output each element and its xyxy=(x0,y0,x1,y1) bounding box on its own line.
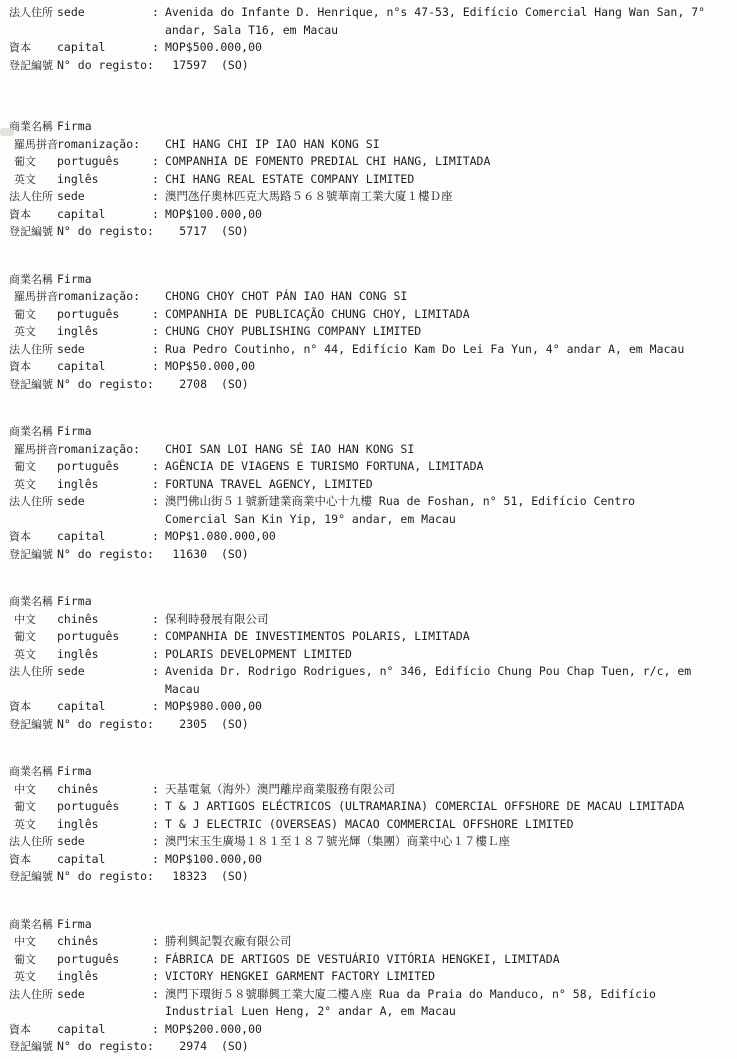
entry-row-romanizacao: 羅馬拼音romanização:CHOI SAN LOI HANG SÉ IAO… xyxy=(0,441,737,459)
label-pt-portugues: português xyxy=(57,153,152,171)
field-value-romanizacao: CHONG CHOY CHOT PÁN IAO HAN CONG SI xyxy=(165,288,725,306)
label-pt-chines: chinês xyxy=(57,933,152,951)
label-zh-chines: 中文 xyxy=(0,611,57,629)
field-value-line: Comercial San Kin Yip, 19° andar, em Mac… xyxy=(165,511,725,529)
field-value-line: 澳門佛山街５１號新建業商業中心十九樓 Rua de Foshan, n° 51,… xyxy=(165,493,725,511)
label-zh-ingles: 英文 xyxy=(0,171,57,189)
entry-row-registo: 登記編號N° do registo:11630(SO) xyxy=(0,546,737,564)
field-value-line: VICTORY HENGKEI GARMENT FACTORY LIMITED xyxy=(165,968,725,986)
field-value-line: CHONG CHOY CHOT PÁN IAO HAN CONG SI xyxy=(165,288,725,306)
label-pt-romanizacao: romanização: xyxy=(57,288,165,306)
entry-row-sede: 法人住所sede:Avenida do Infante D. Henrique,… xyxy=(0,4,737,39)
label-zh-capital: 資本 xyxy=(0,39,57,57)
registry-entry: 商業名稱Firma中文chinês:天基電氣（海外）澳門離岸商業服務有限公司葡文… xyxy=(0,763,737,886)
field-separator: : xyxy=(152,781,165,799)
label-zh-ingles: 英文 xyxy=(0,968,57,986)
registry-suffix: (SO) xyxy=(221,223,249,241)
entry-row-ingles: 英文inglês:CHI HANG REAL ESTATE COMPANY LI… xyxy=(0,171,737,189)
entry-row-chines: 中文chinês:保利時發展有限公司 xyxy=(0,611,737,629)
entry-row-capital: 資本capital:MOP$200.000,00 xyxy=(0,1021,737,1039)
registry-number: 2708 xyxy=(165,376,207,394)
label-pt-firma: Firma xyxy=(57,593,152,611)
field-value-sede: Rua Pedro Coutinho, n° 44, Edifício Kam … xyxy=(165,341,725,359)
label-zh-capital: 資本 xyxy=(0,851,57,869)
label-pt-registo: N° do registo: xyxy=(57,546,165,564)
label-pt-portugues: português xyxy=(57,306,152,324)
entry-row-portugues: 葡文português:FÁBRICA DE ARTIGOS DE VESTUÁ… xyxy=(0,951,737,969)
registry-entry: 商業名稱Firma中文chinês:保利時發展有限公司葡文português:C… xyxy=(0,593,737,733)
label-pt-capital: capital xyxy=(57,1021,152,1039)
entry-row-registo: 登記編號N° do registo:2305(SO) xyxy=(0,716,737,734)
label-pt-registo: N° do registo: xyxy=(57,868,165,886)
field-value-romanizacao: CHOI SAN LOI HANG SÉ IAO HAN KONG SI xyxy=(165,441,725,459)
field-separator: : xyxy=(152,341,165,359)
label-zh-ingles: 英文 xyxy=(0,816,57,834)
label-pt-firma: Firma xyxy=(57,423,152,441)
field-separator: : xyxy=(152,611,165,629)
entry-row-portugues: 葡文português:COMPANHIA DE INVESTIMENTOS P… xyxy=(0,628,737,646)
label-pt-sede: sede xyxy=(57,341,152,359)
field-value-capital: MOP$1.080.000,00 xyxy=(165,528,725,546)
field-value-sede: 澳門宋玉生廣場１８１至１８７號光輝（集團）商業中心１７樓Ｌ座 xyxy=(165,833,725,851)
registry-number: 2974 xyxy=(165,1038,207,1056)
registry-entry: 商業名稱Firma羅馬拼音romanização:CHI HANG CHI IP… xyxy=(0,118,737,241)
scan-artifact xyxy=(0,128,14,136)
registry-entry: 商業名稱Firma羅馬拼音romanização:CHOI SAN LOI HA… xyxy=(0,423,737,563)
label-pt-sede: sede xyxy=(57,833,152,851)
entry-row-firma: 商業名稱Firma xyxy=(0,593,737,611)
registry-number: 17597 xyxy=(165,57,207,75)
label-pt-ingles: inglês xyxy=(57,476,152,494)
field-value-line: POLARIS DEVELOPMENT LIMITED xyxy=(165,646,725,664)
field-value-line: COMPANHIA DE PUBLICAÇÃO CHUNG CHOY, LIMI… xyxy=(165,306,725,324)
registry-number: 11630 xyxy=(165,546,207,564)
field-value-line: 澳門宋玉生廣場１８１至１８７號光輝（集團）商業中心１７樓Ｌ座 xyxy=(165,833,725,851)
field-value-chines: 保利時發展有限公司 xyxy=(165,611,725,629)
field-value-portugues: COMPANHIA DE INVESTIMENTOS POLARIS, LIMI… xyxy=(165,628,725,646)
field-value-ingles: T & J ELECTRIC (OVERSEAS) MACAO COMMERCI… xyxy=(165,816,725,834)
field-value-line: MOP$100.000,00 xyxy=(165,851,725,869)
field-value-sede: Avenida Dr. Rodrigo Rodrigues, n° 346, E… xyxy=(165,663,725,698)
label-pt-chines: chinês xyxy=(57,611,152,629)
entry-row-capital: 資本capital:MOP$1.080.000,00 xyxy=(0,528,737,546)
entry-row-ingles: 英文inglês:T & J ELECTRIC (OVERSEAS) MACAO… xyxy=(0,816,737,834)
entry-row-portugues: 葡文português:T & J ARTIGOS ELÉCTRICOS (UL… xyxy=(0,798,737,816)
field-value-line: Macau xyxy=(165,681,725,699)
field-separator: : xyxy=(152,933,165,951)
entry-row-firma: 商業名稱Firma xyxy=(0,763,737,781)
label-zh-portugues: 葡文 xyxy=(0,306,57,324)
label-pt-firma: Firma xyxy=(57,118,152,136)
field-value-line: 勝利興記製衣廠有限公司 xyxy=(165,933,725,951)
field-separator: : xyxy=(152,306,165,324)
gazette-scan-page: 法人住所sede:Avenida do Infante D. Henrique,… xyxy=(0,0,737,1059)
field-value-line: CHOI SAN LOI HANG SÉ IAO HAN KONG SI xyxy=(165,441,725,459)
field-value-sede: Avenida do Infante D. Henrique, n°s 47-5… xyxy=(165,4,725,39)
entry-row-registo: 登記編號N° do registo:2974(SO) xyxy=(0,1038,737,1056)
registry-suffix: (SO) xyxy=(221,376,249,394)
label-zh-sede: 法人住所 xyxy=(0,663,57,681)
label-zh-romanizacao: 羅馬拼音 xyxy=(0,441,57,459)
entry-row-sede: 法人住所sede:澳門下環街５８號聯興工業大廈二樓Ａ座 Rua da Praia… xyxy=(0,986,737,1021)
field-value-capital: MOP$500.000,00 xyxy=(165,39,725,57)
label-zh-portugues: 葡文 xyxy=(0,798,57,816)
field-separator: : xyxy=(152,171,165,189)
registry-entry: 商業名稱Firma中文chinês:勝利興記製衣廠有限公司葡文português… xyxy=(0,916,737,1056)
field-value-sede: 澳門下環街５８號聯興工業大廈二樓Ａ座 Rua da Praia do Mandu… xyxy=(165,986,725,1021)
field-separator: : xyxy=(152,851,165,869)
entry-row-ingles: 英文inglês:FORTUNA TRAVEL AGENCY, LIMITED xyxy=(0,476,737,494)
field-separator: : xyxy=(152,188,165,206)
label-pt-ingles: inglês xyxy=(57,968,152,986)
field-separator: : xyxy=(152,1021,165,1039)
entry-row-capital: 資本capital:MOP$980.000,00 xyxy=(0,698,737,716)
label-zh-registo: 登記編號 xyxy=(0,223,57,241)
label-pt-capital: capital xyxy=(57,698,152,716)
field-separator: : xyxy=(152,358,165,376)
label-zh-romanizacao: 羅馬拼音 xyxy=(0,288,57,306)
field-value-line: 澳門下環街５８號聯興工業大廈二樓Ａ座 Rua da Praia do Mandu… xyxy=(165,986,725,1004)
field-value-portugues: AGÊNCIA DE VIAGENS E TURISMO FORTUNA, LI… xyxy=(165,458,725,476)
field-separator: : xyxy=(152,833,165,851)
entry-row-firma: 商業名稱Firma xyxy=(0,271,737,289)
field-value-line: FÁBRICA DE ARTIGOS DE VESTUÁRIO VITÓRIA … xyxy=(165,951,725,969)
field-value-ingles: CHI HANG REAL ESTATE COMPANY LIMITED xyxy=(165,171,725,189)
label-pt-romanizacao: romanização: xyxy=(57,136,165,154)
label-pt-capital: capital xyxy=(57,528,152,546)
field-value-portugues: FÁBRICA DE ARTIGOS DE VESTUÁRIO VITÓRIA … xyxy=(165,951,725,969)
field-value-line: CHUNG CHOY PUBLISHING COMPANY LIMITED xyxy=(165,323,725,341)
field-value-chines: 天基電氣（海外）澳門離岸商業服務有限公司 xyxy=(165,781,725,799)
label-pt-ingles: inglês xyxy=(57,646,152,664)
label-pt-firma: Firma xyxy=(57,271,152,289)
label-zh-firma: 商業名稱 xyxy=(0,271,57,289)
field-value-capital: MOP$200.000,00 xyxy=(165,1021,725,1039)
field-separator: : xyxy=(152,646,165,664)
label-zh-sede: 法人住所 xyxy=(0,833,57,851)
label-zh-ingles: 英文 xyxy=(0,646,57,664)
entry-row-sede: 法人住所sede:Rua Pedro Coutinho, n° 44, Edif… xyxy=(0,341,737,359)
field-separator: : xyxy=(152,153,165,171)
label-zh-sede: 法人住所 xyxy=(0,493,57,511)
field-value-line: CHI HANG CHI IP IAO HAN KONG SI xyxy=(165,136,725,154)
field-separator: : xyxy=(152,39,165,57)
entry-row-firma: 商業名稱Firma xyxy=(0,916,737,934)
field-separator: : xyxy=(152,951,165,969)
label-pt-sede: sede xyxy=(57,986,152,1004)
field-value-chines: 勝利興記製衣廠有限公司 xyxy=(165,933,725,951)
field-value-line: MOP$1.080.000,00 xyxy=(165,528,725,546)
field-value-portugues: COMPANHIA DE PUBLICAÇÃO CHUNG CHOY, LIMI… xyxy=(165,306,725,324)
entry-row-registo: 登記編號N° do registo:17597(SO) xyxy=(0,57,737,75)
label-pt-sede: sede xyxy=(57,4,152,22)
field-value-capital: MOP$50.000,00 xyxy=(165,358,725,376)
field-separator: : xyxy=(152,458,165,476)
registry-suffix: (SO) xyxy=(221,868,249,886)
label-zh-ingles: 英文 xyxy=(0,476,57,494)
entry-row-sede: 法人住所sede:Avenida Dr. Rodrigo Rodrigues, … xyxy=(0,663,737,698)
field-separator: : xyxy=(152,628,165,646)
field-separator: : xyxy=(152,968,165,986)
label-pt-registo: N° do registo: xyxy=(57,716,165,734)
field-value-line: CHI HANG REAL ESTATE COMPANY LIMITED xyxy=(165,171,725,189)
field-value-line: Rua Pedro Coutinho, n° 44, Edifício Kam … xyxy=(165,341,725,359)
label-pt-firma: Firma xyxy=(57,763,152,781)
entry-row-portugues: 葡文português:AGÊNCIA DE VIAGENS E TURISMO… xyxy=(0,458,737,476)
entry-row-sede: 法人住所sede:澳門氹仔奧林匹克大馬路５６８號華南工業大廈１樓Ｄ座 xyxy=(0,188,737,206)
label-zh-capital: 資本 xyxy=(0,1021,57,1039)
field-value-ingles: POLARIS DEVELOPMENT LIMITED xyxy=(165,646,725,664)
registry-suffix: (SO) xyxy=(221,57,249,75)
label-pt-registo: N° do registo: xyxy=(57,376,165,394)
field-value-capital: MOP$980.000,00 xyxy=(165,698,725,716)
field-value-line: 澳門氹仔奧林匹克大馬路５６８號華南工業大廈１樓Ｄ座 xyxy=(165,188,725,206)
label-pt-registo: N° do registo: xyxy=(57,223,165,241)
label-pt-capital: capital xyxy=(57,206,152,224)
field-value-line: AGÊNCIA DE VIAGENS E TURISMO FORTUNA, LI… xyxy=(165,458,725,476)
entry-row-ingles: 英文inglês:POLARIS DEVELOPMENT LIMITED xyxy=(0,646,737,664)
label-pt-sede: sede xyxy=(57,188,152,206)
label-zh-registo: 登記編號 xyxy=(0,546,57,564)
registry-number: 18323 xyxy=(165,868,207,886)
label-pt-portugues: português xyxy=(57,951,152,969)
label-zh-registo: 登記編號 xyxy=(0,376,57,394)
label-zh-romanizacao: 羅馬拼音 xyxy=(0,136,57,154)
label-zh-ingles: 英文 xyxy=(0,323,57,341)
field-value-capital: MOP$100.000,00 xyxy=(165,851,725,869)
field-value-romanizacao: CHI HANG CHI IP IAO HAN KONG SI xyxy=(165,136,725,154)
field-value-line: FORTUNA TRAVEL AGENCY, LIMITED xyxy=(165,476,725,494)
label-zh-capital: 資本 xyxy=(0,698,57,716)
field-value-line: COMPANHIA DE INVESTIMENTOS POLARIS, LIMI… xyxy=(165,628,725,646)
field-separator: : xyxy=(152,4,165,22)
entry-row-portugues: 葡文português:COMPANHIA DE FOMENTO PREDIAL… xyxy=(0,153,737,171)
field-separator: : xyxy=(152,528,165,546)
field-value-line: MOP$200.000,00 xyxy=(165,1021,725,1039)
label-pt-ingles: inglês xyxy=(57,171,152,189)
label-pt-chines: chinês xyxy=(57,781,152,799)
field-value-line: Avenida Dr. Rodrigo Rodrigues, n° 346, E… xyxy=(165,663,725,681)
field-separator: : xyxy=(152,986,165,1004)
field-separator: : xyxy=(152,663,165,681)
field-value-ingles: FORTUNA TRAVEL AGENCY, LIMITED xyxy=(165,476,725,494)
field-separator: : xyxy=(152,798,165,816)
label-pt-sede: sede xyxy=(57,493,152,511)
label-zh-sede: 法人住所 xyxy=(0,341,57,359)
label-zh-capital: 資本 xyxy=(0,358,57,376)
registry-suffix: (SO) xyxy=(221,716,249,734)
label-pt-ingles: inglês xyxy=(57,323,152,341)
field-separator: : xyxy=(152,816,165,834)
label-zh-firma: 商業名稱 xyxy=(0,423,57,441)
field-value-portugues: T & J ARTIGOS ELÉCTRICOS (ULTRAMARINA) C… xyxy=(165,798,725,816)
label-pt-registo: N° do registo: xyxy=(57,57,165,75)
label-zh-registo: 登記編號 xyxy=(0,57,57,75)
label-zh-firma: 商業名稱 xyxy=(0,763,57,781)
label-pt-firma: Firma xyxy=(57,916,152,934)
label-pt-portugues: português xyxy=(57,458,152,476)
entry-row-capital: 資本capital:MOP$100.000,00 xyxy=(0,206,737,224)
field-value-line: 保利時發展有限公司 xyxy=(165,611,725,629)
field-value-line: 天基電氣（海外）澳門離岸商業服務有限公司 xyxy=(165,781,725,799)
entry-row-capital: 資本capital:MOP$500.000,00 xyxy=(0,39,737,57)
field-value-line: Avenida do Infante D. Henrique, n°s 47-5… xyxy=(165,4,725,22)
label-zh-portugues: 葡文 xyxy=(0,458,57,476)
label-pt-registo: N° do registo: xyxy=(57,1038,165,1056)
entry-row-romanizacao: 羅馬拼音romanização:CHONG CHOY CHOT PÁN IAO … xyxy=(0,288,737,306)
field-separator: : xyxy=(152,206,165,224)
entry-row-romanizacao: 羅馬拼音romanização:CHI HANG CHI IP IAO HAN … xyxy=(0,136,737,154)
field-value-ingles: VICTORY HENGKEI GARMENT FACTORY LIMITED xyxy=(165,968,725,986)
entry-row-portugues: 葡文português:COMPANHIA DE PUBLICAÇÃO CHUN… xyxy=(0,306,737,324)
label-zh-capital: 資本 xyxy=(0,206,57,224)
registry-entry-partial: 法人住所sede:Avenida do Infante D. Henrique,… xyxy=(0,4,737,74)
field-value-line: MOP$100.000,00 xyxy=(165,206,725,224)
label-zh-firma: 商業名稱 xyxy=(0,916,57,934)
registry-entry: 商業名稱Firma羅馬拼音romanização:CHONG CHOY CHOT… xyxy=(0,271,737,394)
entry-row-chines: 中文chinês:天基電氣（海外）澳門離岸商業服務有限公司 xyxy=(0,781,737,799)
field-value-sede: 澳門氹仔奧林匹克大馬路５６８號華南工業大廈１樓Ｄ座 xyxy=(165,188,725,206)
field-separator: : xyxy=(152,476,165,494)
entry-row-registo: 登記編號N° do registo:5717(SO) xyxy=(0,223,737,241)
label-zh-chines: 中文 xyxy=(0,933,57,951)
label-pt-capital: capital xyxy=(57,851,152,869)
label-pt-sede: sede xyxy=(57,663,152,681)
label-zh-sede: 法人住所 xyxy=(0,986,57,1004)
entry-row-ingles: 英文inglês:VICTORY HENGKEI GARMENT FACTORY… xyxy=(0,968,737,986)
registry-number: 2305 xyxy=(165,716,207,734)
entry-row-capital: 資本capital:MOP$50.000,00 xyxy=(0,358,737,376)
field-value-line: T & J ARTIGOS ELÉCTRICOS (ULTRAMARINA) C… xyxy=(165,798,725,816)
field-value-line: andar, Sala T16, em Macau xyxy=(165,22,725,40)
entry-row-firma: 商業名稱Firma xyxy=(0,423,737,441)
label-zh-registo: 登記編號 xyxy=(0,868,57,886)
field-value-line: Industrial Luen Heng, 2° andar A, em Mac… xyxy=(165,1003,725,1021)
label-zh-portugues: 葡文 xyxy=(0,153,57,171)
field-value-line: MOP$980.000,00 xyxy=(165,698,725,716)
field-value-line: COMPANHIA DE FOMENTO PREDIAL CHI HANG, L… xyxy=(165,153,725,171)
field-value-portugues: COMPANHIA DE FOMENTO PREDIAL CHI HANG, L… xyxy=(165,153,725,171)
field-value-ingles: CHUNG CHOY PUBLISHING COMPANY LIMITED xyxy=(165,323,725,341)
label-zh-sede: 法人住所 xyxy=(0,4,57,22)
label-zh-portugues: 葡文 xyxy=(0,628,57,646)
label-pt-capital: capital xyxy=(57,39,152,57)
field-separator: : xyxy=(152,323,165,341)
registry-suffix: (SO) xyxy=(221,546,249,564)
label-zh-capital: 資本 xyxy=(0,528,57,546)
field-separator: : xyxy=(152,698,165,716)
registry-suffix: (SO) xyxy=(221,1038,249,1056)
field-value-line: T & J ELECTRIC (OVERSEAS) MACAO COMMERCI… xyxy=(165,816,725,834)
field-separator: : xyxy=(152,493,165,511)
label-pt-portugues: português xyxy=(57,628,152,646)
entry-row-registo: 登記編號N° do registo:2708(SO) xyxy=(0,376,737,394)
label-zh-sede: 法人住所 xyxy=(0,188,57,206)
field-value-line: MOP$50.000,00 xyxy=(165,358,725,376)
label-zh-chines: 中文 xyxy=(0,781,57,799)
label-pt-romanizacao: romanização: xyxy=(57,441,165,459)
label-zh-registo: 登記編號 xyxy=(0,1038,57,1056)
label-pt-capital: capital xyxy=(57,358,152,376)
entry-row-sede: 法人住所sede:澳門佛山街５１號新建業商業中心十九樓 Rua de Fosha… xyxy=(0,493,737,528)
label-pt-ingles: inglês xyxy=(57,816,152,834)
field-value-line: MOP$500.000,00 xyxy=(165,39,725,57)
entry-row-registo: 登記編號N° do registo:18323(SO) xyxy=(0,868,737,886)
entry-row-sede: 法人住所sede:澳門宋玉生廣場１８１至１８７號光輝（集團）商業中心１７樓Ｌ座 xyxy=(0,833,737,851)
label-zh-portugues: 葡文 xyxy=(0,951,57,969)
entry-row-ingles: 英文inglês:CHUNG CHOY PUBLISHING COMPANY L… xyxy=(0,323,737,341)
field-value-sede: 澳門佛山街５１號新建業商業中心十九樓 Rua de Foshan, n° 51,… xyxy=(165,493,725,528)
registry-number: 5717 xyxy=(165,223,207,241)
label-zh-firma: 商業名稱 xyxy=(0,593,57,611)
entry-row-chines: 中文chinês:勝利興記製衣廠有限公司 xyxy=(0,933,737,951)
entry-row-capital: 資本capital:MOP$100.000,00 xyxy=(0,851,737,869)
label-pt-portugues: português xyxy=(57,798,152,816)
entry-row-firma: 商業名稱Firma xyxy=(0,118,737,136)
registry-entries-list: 法人住所sede:Avenida do Infante D. Henrique,… xyxy=(0,4,737,1056)
field-value-capital: MOP$100.000,00 xyxy=(165,206,725,224)
label-zh-registo: 登記編號 xyxy=(0,716,57,734)
